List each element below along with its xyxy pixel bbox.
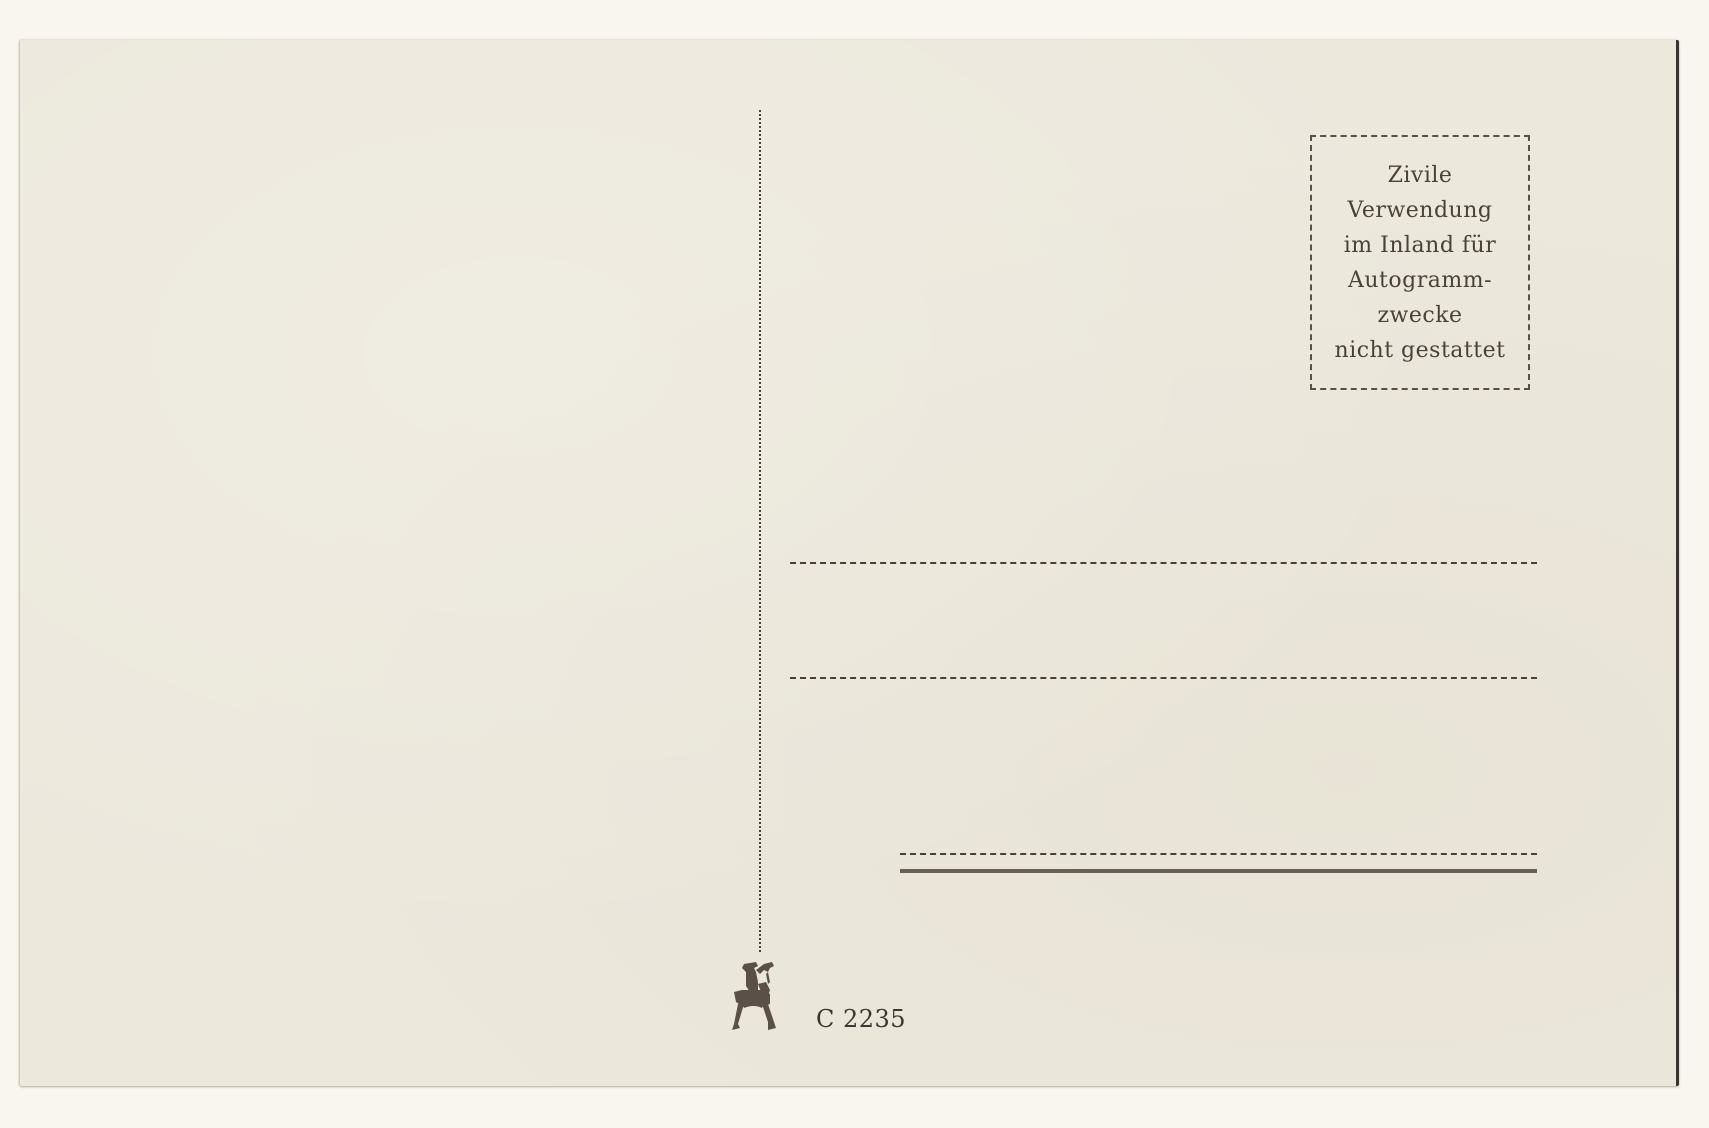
address-line-2	[790, 677, 1537, 679]
address-line-3	[900, 853, 1537, 855]
stamp-text-line: im Inland für	[1344, 228, 1496, 263]
horse-rider-logo-icon	[728, 960, 786, 1034]
stamp-text-line: zwecke	[1377, 298, 1462, 333]
postcard-back: Zivile Verwendung im Inland für Autogram…	[20, 40, 1679, 1086]
vertical-divider-line	[759, 110, 761, 952]
stamp-text-line: nicht gestattet	[1335, 333, 1506, 368]
stamp-box: Zivile Verwendung im Inland für Autogram…	[1310, 135, 1530, 390]
stamp-text-line: Verwendung	[1348, 193, 1493, 228]
catalog-number: C 2235	[816, 1005, 906, 1033]
address-line-1	[790, 562, 1537, 564]
stamp-text-line: Zivile	[1388, 158, 1453, 193]
address-underline-solid	[900, 869, 1537, 873]
stamp-text-line: Autogramm-	[1348, 263, 1492, 298]
